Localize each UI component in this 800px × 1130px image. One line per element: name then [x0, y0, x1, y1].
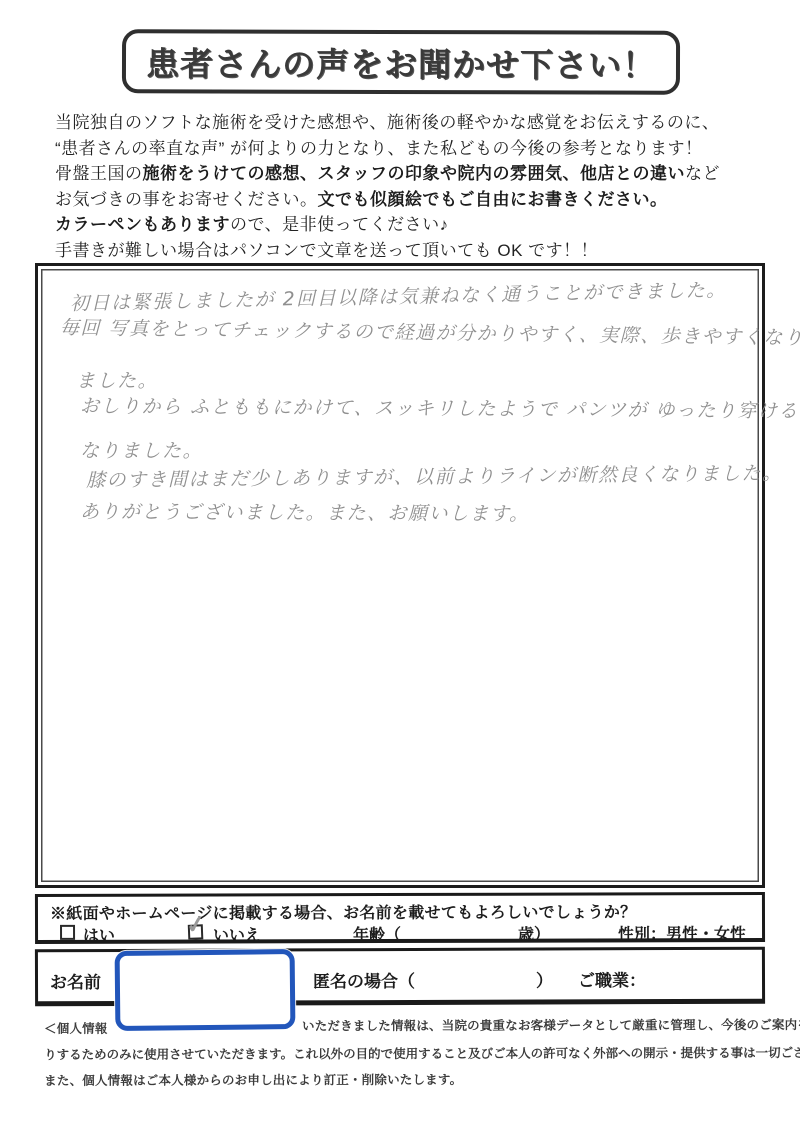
- intro-line-6: 手書きが難しい場合はパソコンで文章を送って頂いても OK です！！: [55, 238, 755, 264]
- handwritten-line: 毎回 写真をとってチェックするので経過が分かりやすく、実際、歩きやすくなり: [60, 313, 800, 350]
- intro-line-2: “患者さんの率直な声” が何よりの力となり、また私どもの今後の参考となります！: [55, 136, 755, 162]
- publish-options-row: はい ✓ いいえ 年齢（ 歳） 性別：男性・女性: [38, 921, 762, 945]
- handwritten-line: おしりから ふとももにかけて、スッキリしたようで パンツが ゆったり穿けるように: [80, 391, 800, 423]
- intro-text: 当院独自のソフトな施術を受けた感想や、施術後の軽やかな感覚をお伝えするのに、 “…: [55, 110, 755, 263]
- gender-field-label: 性別：男性・女性: [618, 921, 746, 944]
- handwritten-line: なりました。: [80, 436, 203, 463]
- handwritten-line: 初日は緊張しましたが 2回目以降は気兼ねなく通うことができました。: [70, 275, 727, 316]
- privacy-line3: また、個人情報はご本人様からのお申し出により訂正・削除いたします。: [44, 1070, 462, 1089]
- handwritten-line: 膝のすき間はまだ少しありますが、以前よりラインが断然良くなりました。: [86, 458, 783, 492]
- page-title: 患者さんの声をお聞かせ下さい！: [146, 38, 656, 86]
- age-field-label: 年齢（: [353, 922, 401, 945]
- publish-permission-section: ※紙面やホームページに掲載する場合、お名前を載せてもよろしいでしょうか？ はい …: [35, 892, 765, 944]
- age-field-unit: 歳）: [518, 922, 550, 945]
- occupation-field-label: ご職業：: [578, 966, 646, 991]
- intro-line-1: 当院独自のソフトな施術を受けた感想や、施術後の軽やかな感覚をお伝えするのに、: [55, 110, 755, 136]
- handwritten-line: ありがとうございました。また、お願いします。: [80, 497, 530, 526]
- intro-line-3: 骨盤王国の施術をうけての感想、スタッフの印象や院内の雰囲気、他店との違いなど: [55, 161, 755, 187]
- intro-line-4: お気づきの事をお寄せください。文でも似顔絵でもご自由にお書きください。: [55, 187, 755, 213]
- name-redaction-box: [115, 949, 296, 1031]
- checkmark-icon: ✓: [184, 909, 208, 941]
- anonymous-field-close: ）: [536, 966, 553, 991]
- intro-line-5: カラーペンもありますので、是非使ってください♪: [55, 212, 755, 238]
- handwritten-line: ました。: [76, 366, 158, 393]
- privacy-line1-start: ＜個人情報: [44, 1019, 108, 1037]
- publish-question: ※紙面やホームページに掲載する場合、お名前を載せてもよろしいでしょうか？: [50, 899, 637, 924]
- anonymous-field-label: 匿名の場合（: [313, 967, 415, 992]
- checkbox-yes[interactable]: [60, 925, 75, 940]
- header-title-box: 患者さんの声をお聞かせ下さい！: [122, 29, 680, 94]
- name-field-label: お名前: [50, 968, 101, 993]
- handwriting-area: 初日は緊張しましたが 2回目以降は気兼ねなく通うことができました。 毎回 写真を…: [35, 263, 765, 888]
- checkbox-no-label: いいえ: [213, 922, 261, 945]
- checkbox-yes-label: はい: [83, 923, 115, 946]
- privacy-line1-rest: いただきました情報は、当院の貴重なお客様データとして厳重に管理し、今後のご案内を…: [302, 1015, 800, 1034]
- scanned-feedback-form: 患者さんの声をお聞かせ下さい！ 当院独自のソフトな施術を受けた感想や、施術後の軽…: [0, 0, 800, 1130]
- privacy-line2: りするためのみに使用させていただきます。これ以外の目的で使用すること及びご本人の…: [44, 1043, 800, 1063]
